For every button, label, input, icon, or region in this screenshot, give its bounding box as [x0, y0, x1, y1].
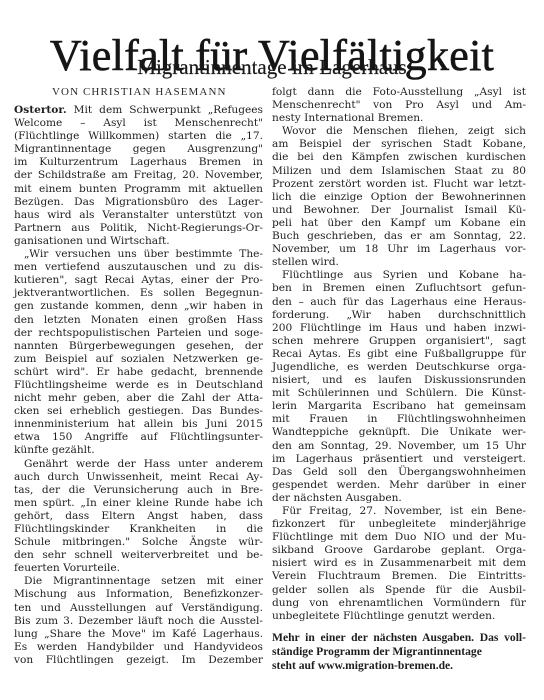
text-line: im Kulturzentrum Lagerhaus Bremen in: [14, 156, 263, 169]
text-line: ganisationen und Wirtschaft.: [14, 235, 263, 248]
dateline: Ostertor.: [14, 104, 67, 116]
text-line: mit einem bunten Programm mit aktuellen: [14, 183, 263, 196]
text-line: auch durch Unwissenheit, meint Recai Ay-: [14, 471, 263, 484]
text-line: gen zustande kommen, denn „wir haben in: [14, 300, 263, 313]
text-line: steht auf www.migration-bremen.de.: [272, 659, 526, 673]
text-line: (Flüchtlinge Willkommen) starten die „17…: [14, 130, 263, 143]
text-line: lung „Share the Move" im Kafé Lagerhaus.: [14, 628, 263, 641]
text-line: mit Schülerinnen und Schülern. Die Künst…: [272, 387, 526, 400]
text-line: den sehr schnell weiterverbreitet und be…: [14, 549, 263, 562]
text-line: Die Migrantinnentage setzen mit einer: [14, 575, 263, 588]
text-line: gespendet werden. Mehr darüber in einer: [272, 479, 526, 492]
text-line: haus wird als Veranstalter unterstützt v…: [14, 209, 263, 222]
text-line: am Beispiel der syrischen Stadt Kobane,: [272, 138, 526, 151]
text-line: dung von ehrenamtlichen Vormündern für: [272, 597, 526, 610]
text-line: Mischung aus Information, Benefizkonzer-: [14, 588, 263, 601]
text-line: Wovor die Menschen fliehen, zeigt sich: [272, 125, 526, 138]
text-line: nisiert wird es in Zusammenarbeit mit de…: [272, 557, 526, 570]
subheadline: Migrantinnentage im Lagerhaus: [0, 55, 544, 79]
text-line: Wandteppiche geknüpft. Die Unikate wer-: [272, 426, 526, 439]
text-line: kutieren", sagt Recai Aytas, einer der P…: [14, 274, 263, 287]
text-line: die bei den Kämpfen zwischen kurdischen: [272, 151, 526, 164]
text-line: im Lagerhaus präsentiert und versteigert…: [272, 453, 526, 466]
text-line: nicht mehr geben, aber die Zahl der Atta…: [14, 392, 263, 405]
text-line: Flüchtlingsheime werde es in Deutschland: [14, 379, 263, 392]
text-line: Welcome – Asyl ist Menschenrecht": [14, 117, 263, 130]
text-line: folgt dann die Foto-Ausstellung „Asyl is…: [272, 86, 526, 99]
text-line: der nächsten Ausgaben.: [272, 492, 526, 505]
text-line: Jugendliche, es werden Deutschkurse orga…: [272, 361, 526, 374]
text-line: nannten Bürgerbewegungen gesehen, der: [14, 340, 263, 353]
text-line: schen mehrere Gruppen organisiert", sagt: [272, 335, 526, 348]
text-line: jektverantwortlichen. Es sollen Begegnun…: [14, 287, 263, 300]
text-line: innenministerium hat allein bis Juni 201…: [14, 418, 263, 431]
text-line: sikband Groove Gardarobe geplant. Orga-: [272, 544, 526, 557]
text-line: den am Sonntag, 29. November, um 15 Uhr: [272, 440, 526, 453]
text-line: Flüchtlinge mit dem Duo NIO und der Mu-: [272, 531, 526, 544]
text-line: Migrantinnentage gegen Ausgrenzung": [14, 143, 263, 156]
text-line: men spürt. „In einer kleine Runde habe i…: [14, 497, 263, 510]
text-line: nisiert, und es laufen Diskussionsrunden: [272, 374, 526, 387]
text-line: den – auch für das Lagerhaus eine Heraus…: [272, 296, 526, 309]
text-line: fizkonzert für unbegleitete minderjährig…: [272, 518, 526, 531]
text-line: etwa 150 Angriffe auf Flüchtlingsunter-: [14, 431, 263, 444]
text-line: schürt wird". Er habe gedacht, brennende: [14, 366, 263, 379]
text-line: Flüchtlinge aus Syrien und Kobane ha-: [272, 269, 526, 282]
text-line: Menschenrecht" von Pro Asyl und Am-: [272, 99, 526, 112]
text-line: Mehr in einer der nächsten Ausgaben. Das…: [272, 631, 526, 645]
text-line: 200 Flüchtlinge im Haus und haben inzwi-: [272, 322, 526, 335]
text-line: den letzten Monaten einen großen Hass: [14, 314, 263, 327]
article-column-right: folgt dann die Foto-Ausstellung „Asyl is…: [272, 86, 526, 623]
text-line: Genährt werde der Hass unter anderem: [14, 458, 263, 471]
text-line: Schule mitbringen." Solche Ängste wür-: [14, 536, 263, 549]
text-line: peli hat über den Kampf um Kobane ein: [272, 217, 526, 230]
text-line: der Schildstraße am Freitag, 20. Novembe…: [14, 169, 263, 182]
article-footer-note: Mehr in einer der nächsten Ausgaben. Das…: [272, 631, 526, 673]
text-line: Bezügen. Das Migrationsbüro des Lager-: [14, 196, 263, 209]
text-line: Prozent zerstört worden ist. Flucht war …: [272, 178, 526, 191]
text-line: lerin Margarita Escribano hat gemeinsam: [272, 400, 526, 413]
text-line: Für Freitag, 27. November, ist ein Bene-: [272, 505, 526, 518]
text-line: ten und Ausstellungen auf Verständigung.: [14, 602, 263, 615]
text-line: Ostertor. Mit dem Schwerpunkt „Refugees: [14, 104, 263, 117]
text-line: men vertiefend auszutauschen und zu dis-: [14, 261, 263, 274]
text-line: November, um 18 Uhr im Lagerhaus vor-: [272, 243, 526, 256]
text-line: Das Geld soll den Übergangswohnheimen: [272, 466, 526, 479]
text-line: ben in Bremen einen Zufluchtsort gefun-: [272, 282, 526, 295]
text-line: zum Beispiel auf sozialen Netzwerken ge-: [14, 353, 263, 366]
text-line-content: Mit dem Schwerpunkt „Refugees: [67, 104, 263, 116]
text-line: und Bewohner. Der Journalist Ismail Kü-: [272, 204, 526, 217]
text-line: forderung. „Wir haben durchschnittlich: [272, 309, 526, 322]
text-line: nesty International Bremen.: [272, 112, 526, 125]
text-line: tas, der die Verunsicherung auch in Bre-: [14, 484, 263, 497]
text-line: feuerten Vorurteile.: [14, 562, 263, 575]
text-line: künfte gezählt.: [14, 444, 263, 457]
text-line: Bis zum 3. Dezember läuft noch die Ausst…: [14, 615, 263, 628]
text-line: „Wir versuchen uns über bestimmte The-: [14, 248, 263, 261]
text-line: Buch geschrieben, das er am Sonntag, 22.: [272, 230, 526, 243]
text-line: Verein Fluchtraum Bremen. Die Eintritts-: [272, 570, 526, 583]
text-line: Recai Aytas. Es gibt eine Fußballgruppe …: [272, 348, 526, 361]
text-line: unbegleitete Flüchtlinge genutzt werden.: [272, 610, 526, 623]
text-line: cken sei erheblich gestiegen. Das Bundes…: [14, 405, 263, 418]
text-line: Es werden Handybilder und Handyvideos: [14, 641, 263, 654]
text-line: Flüchtlingskinder Krankheiten in die: [14, 523, 263, 536]
text-line: von Flüchtlingen gezeigt. Im Dezember: [14, 654, 263, 667]
text-line: Partnern aus Politik, Nicht-Regierungs-O…: [14, 222, 263, 235]
text-line: lich die einzige Option der Bewohnerinne…: [272, 191, 526, 204]
byline: VON CHRISTIAN HASEMANN: [52, 86, 227, 98]
article-column-left: Ostertor. Mit dem Schwerpunkt „RefugeesW…: [14, 104, 263, 667]
text-line: der rechtspopulistischen Parteien und so…: [14, 327, 263, 340]
text-line: gehört, dass Eltern Angst haben, dass: [14, 510, 263, 523]
text-line: Milizen und dem Islamischen Staat zu 80: [272, 165, 526, 178]
text-line: ständige Programm der Migrantinnentage: [272, 645, 526, 659]
text-line: gelder sollen als Spende für die Ausbil-: [272, 584, 526, 597]
text-line: stellen wird.: [272, 256, 526, 269]
text-line: mit Frauen in Flüchtlingswohnheimen: [272, 413, 526, 426]
